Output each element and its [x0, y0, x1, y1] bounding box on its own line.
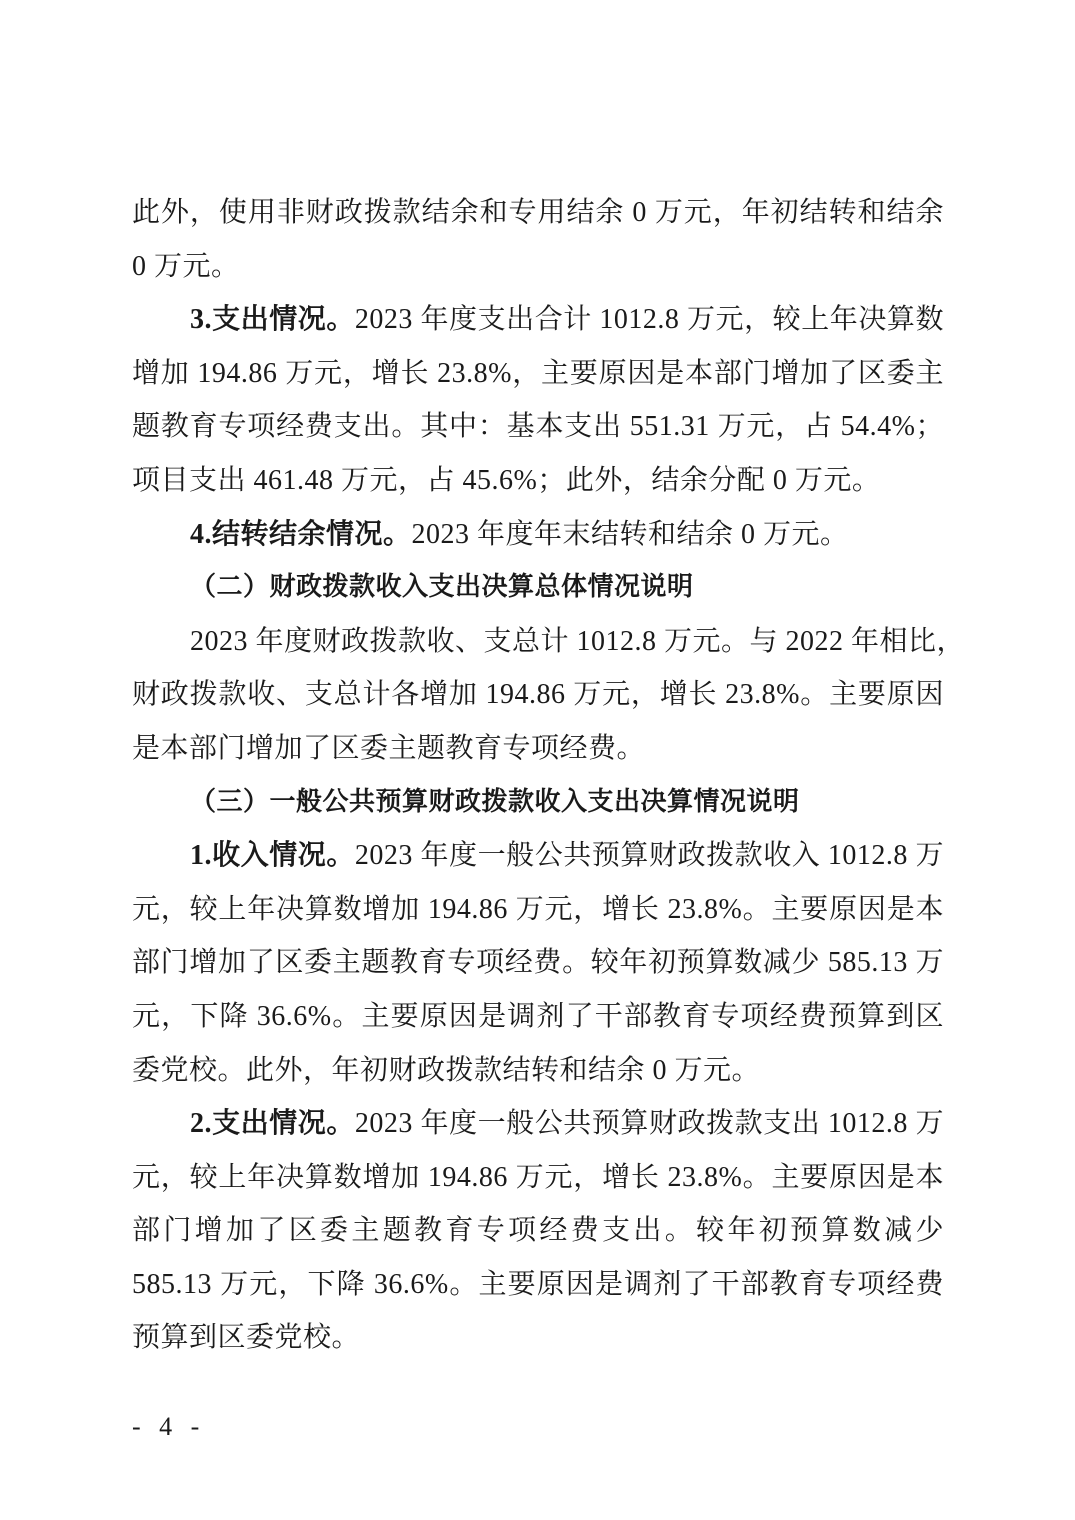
section-heading: （三）一般公共预算财政拨款收入支出决算情况说明	[132, 776, 944, 830]
paragraph-lead: 2.支出情况。	[190, 1108, 355, 1139]
text-line: 增加 194.86 万元，增长 23.8%，主要原因是本部门增加了区委主	[132, 347, 944, 401]
text-line: 题教育专项经费支出。其中：基本支出 551.31 万元，占 54.4%；	[132, 400, 944, 454]
text-line: 财政拨款收、支总计各增加 194.86 万元，增长 23.8%。主要原因	[132, 668, 944, 722]
paragraph-lead: 4.结转结余情况。	[190, 519, 412, 550]
paragraph-expenditure2-line: 2.支出情况。2023 年度一般公共预算财政拨款支出 1012.8 万	[132, 1097, 944, 1151]
text-line: 项目支出 461.48 万元，占 45.6%；此外，结余分配 0 万元。	[132, 454, 944, 508]
paragraph-lead: 3.支出情况。	[190, 304, 355, 335]
text-span: 2023 年度年末结转和结余 0 万元。	[412, 519, 849, 550]
section-heading: （二）财政拨款收入支出决算总体情况说明	[132, 561, 944, 615]
document-page: 此外，使用非财政拨款结余和专用结余 0 万元，年初结转和结余 0 万元。 3.支…	[132, 186, 944, 1365]
text-span: 2023 年度支出合计 1012.8 万元，较上年决算数	[355, 304, 944, 335]
paragraph-income-line: 1.收入情况。2023 年度一般公共预算财政拨款收入 1012.8 万	[132, 829, 944, 883]
paragraph-carryover-line: 4.结转结余情况。2023 年度年末结转和结余 0 万元。	[132, 508, 944, 562]
text-span: 2023 年度一般公共预算财政拨款支出 1012.8 万	[355, 1108, 944, 1139]
text-line: 是本部门增加了区委主题教育专项经费。	[132, 722, 944, 776]
text-line: 元，较上年决算数增加 194.86 万元，增长 23.8%。主要原因是本	[132, 883, 944, 937]
text-line: 委党校。此外，年初财政拨款结转和结余 0 万元。	[132, 1044, 944, 1098]
text-line: 585.13 万元，下降 36.6%。主要原因是调剂了干部教育专项经费	[132, 1258, 944, 1312]
paragraph-expenditure-line: 3.支出情况。2023 年度支出合计 1012.8 万元，较上年决算数	[132, 293, 944, 347]
page-number: - 4 -	[132, 1412, 205, 1442]
text-line: 0 万元。	[132, 240, 944, 294]
text-line: 部门增加了区委主题教育专项经费支出。较年初预算数减少	[132, 1204, 944, 1258]
text-line: 部门增加了区委主题教育专项经费。较年初预算数减少 585.13 万	[132, 936, 944, 990]
text-line: 预算到区委党校。	[132, 1311, 944, 1365]
paragraph-lead: 1.收入情况。	[190, 840, 355, 871]
text-line: 2023 年度财政拨款收、支总计 1012.8 万元。与 2022 年相比，	[132, 615, 944, 669]
text-line: 此外，使用非财政拨款结余和专用结余 0 万元，年初结转和结余	[132, 186, 944, 240]
text-line: 元，较上年决算数增加 194.86 万元，增长 23.8%。主要原因是本	[132, 1151, 944, 1205]
text-line: 元，下降 36.6%。主要原因是调剂了干部教育专项经费预算到区	[132, 990, 944, 1044]
text-span: 2023 年度一般公共预算财政拨款收入 1012.8 万	[355, 840, 944, 871]
